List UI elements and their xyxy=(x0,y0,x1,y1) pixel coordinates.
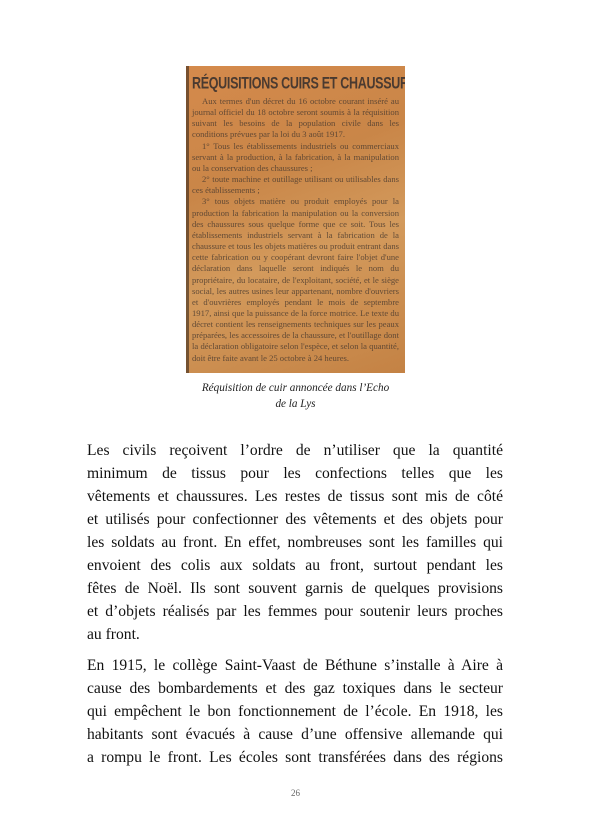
poster-text: Aux termes d'un décret du 16 octobre cou… xyxy=(192,96,399,364)
text-line: a rompu le front. Les écoles sont transf… xyxy=(87,746,503,769)
caption-line: Réquisition de cuir annoncée dans l’Echo xyxy=(160,380,431,396)
body-paragraph-1: Les civils reçoivent l’ordre de n’utilis… xyxy=(87,439,503,646)
body-paragraph-2: En 1915, le collège Saint-Vaast de Béthu… xyxy=(87,654,503,769)
poster-title: RÉQUISITIONS CUIRS ET CHAUSSURES xyxy=(192,74,399,93)
text-line: minimum de tissus pour les confections t… xyxy=(87,462,503,485)
text-line: fêtes de Noël. Ils sont souvent garnis d… xyxy=(87,577,503,600)
text-line: et utilisés pour confectionner des vêtem… xyxy=(87,508,503,531)
page-number: 26 xyxy=(0,788,591,798)
text-line: envoient des colis aux soldats au front,… xyxy=(87,554,503,577)
text-line: vêtements et chaussures. Les restes de t… xyxy=(87,485,503,508)
text-line: habitants sont évacués à cause d’une off… xyxy=(87,723,503,746)
caption-line: de la Lys xyxy=(160,396,431,412)
text-line: Les civils reçoivent l’ordre de n’utilis… xyxy=(87,439,503,462)
text-line: En 1915, le collège Saint-Vaast de Béthu… xyxy=(87,654,503,677)
poster-image: RÉQUISITIONS CUIRS ET CHAUSSURES Aux ter… xyxy=(186,66,405,373)
text-line: les soldats au front. En effet, nombreus… xyxy=(87,531,503,554)
poster-paragraph: 3° tous objets matière ou produit employ… xyxy=(192,196,399,363)
poster-paragraph: 1° Tous les établissements industriels o… xyxy=(192,141,399,174)
poster-paragraph: 2° toute machine et outillage utilisant … xyxy=(192,174,399,196)
poster-paragraph: Aux termes d'un décret du 16 octobre cou… xyxy=(192,96,399,141)
text-line: qui empêchent le bon fonctionnement de l… xyxy=(87,700,503,723)
figure-caption: Réquisition de cuir annoncée dans l’Echo… xyxy=(160,380,431,412)
text-line: et d’objets réalisés par les femmes pour… xyxy=(87,600,503,623)
text-line: au front. xyxy=(87,623,503,646)
text-line: cause des bombardements et des gaz toxiq… xyxy=(87,677,503,700)
